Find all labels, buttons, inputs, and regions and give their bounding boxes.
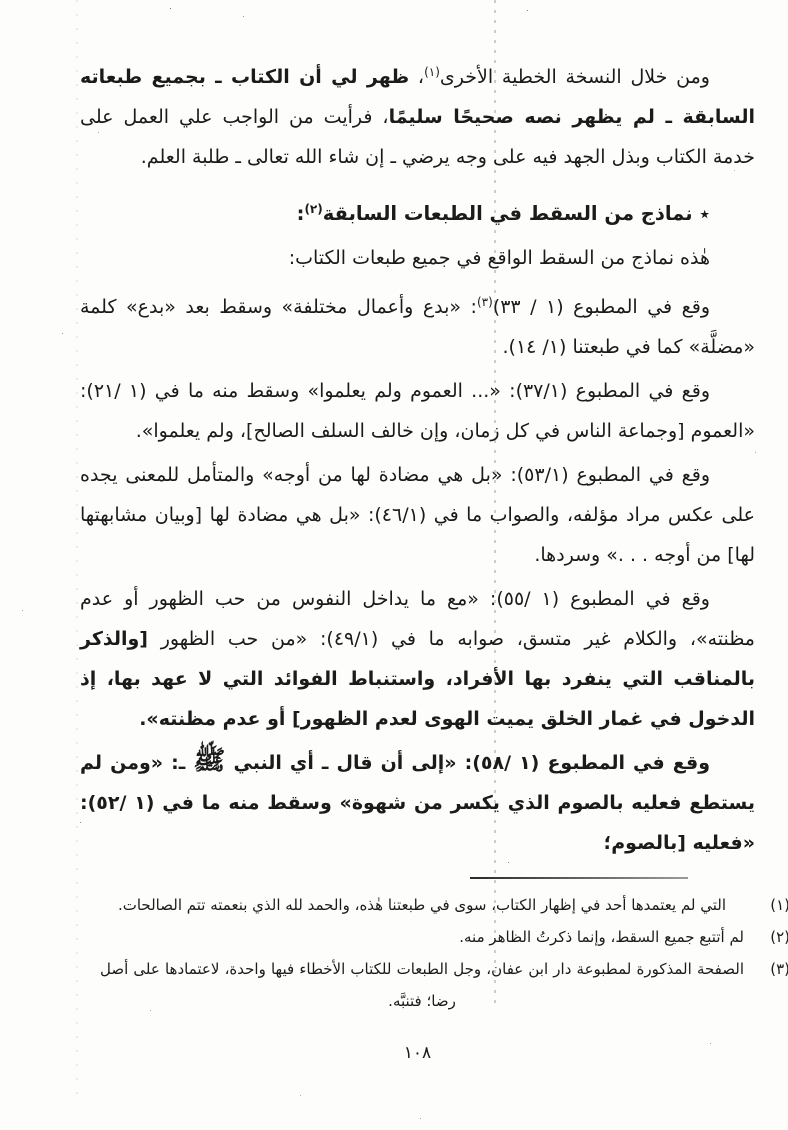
footnote-marker: (١)	[424, 65, 440, 79]
page-reference: (٣٣ / ١)	[493, 296, 564, 318]
footnote-2-number: (٢)	[754, 921, 788, 953]
footnote-3-text: الصفحة المذكورة لمطبوعة دار ابن عفان، وج…	[100, 953, 744, 1017]
paragraph-lead: هٰذه نماذج من السقط الواقع في جميع طبعات…	[80, 238, 755, 278]
page-reference: (٤٩/١)	[326, 628, 378, 650]
text-run: : «من حب الظهور	[148, 628, 326, 650]
page-reference: (٥٥/ ١)	[496, 588, 559, 610]
scanned-book-page: ومن خلال النسخة الخطية الأخرى(١)، ظهر لي…	[0, 0, 788, 1130]
example-paragraph-1: وقع في المطبوع (٣٣ / ١)(٣): «بدع وأعمال …	[80, 282, 755, 367]
page-reference: (١٤ /١)	[509, 336, 567, 358]
text-run: لم أتتبع جميع السقط، وإنما ذكرتُ الظاهر …	[459, 928, 744, 946]
example-paragraph-2: وقع في المطبوع (٣٧/١): «... العموم ولم ي…	[80, 371, 755, 451]
text-run: ،	[409, 66, 424, 88]
page-number: ١٠٨	[80, 1043, 755, 1063]
text-run: هٰذه نماذج من السقط الواقع في جميع طبعات…	[289, 247, 710, 269]
footnote-1-text: التي لم يعتمدها أحد في إظهار الكتاب، سوى…	[100, 889, 744, 921]
footnote-marker: (٣)	[477, 295, 493, 309]
text-run: وقع في المطبوع	[559, 588, 710, 610]
example-paragraph-3: وقع في المطبوع (٥٣/١): «بل هي مضادة لها …	[80, 455, 755, 575]
page-reference: (٥٢/ ١)	[88, 792, 155, 814]
footnote-2: (٢) لم أتتبع جميع السقط، وإنما ذكرتُ الظ…	[100, 921, 788, 953]
footnotes-section: (١) التي لم يعتمدها أحد في إظهار الكتاب،…	[80, 889, 788, 1017]
footnote-3: (٣) الصفحة المذكورة لمطبوعة دار ابن عفان…	[100, 953, 788, 1017]
footnote-3-number: (٣)	[754, 953, 788, 1017]
footnote-1: (١) التي لم يعتمدها أحد في إظهار الكتاب،…	[100, 889, 788, 921]
page-reference: (٥٣/١)	[517, 464, 569, 486]
text-run: ٭ نماذج من السقط في الطبعات السابقة	[323, 202, 710, 225]
footnote-2-text: لم أتتبع جميع السقط، وإنما ذكرتُ الظاهر …	[100, 921, 744, 953]
page-reference: (٢١/ ١)	[86, 380, 146, 402]
footnote-separator	[470, 877, 688, 879]
paragraph-intro: ومن خلال النسخة الخطية الأخرى(١)، ظهر لي…	[80, 52, 755, 177]
text-run: الصفحة المذكورة لمطبوعة دار ابن عفان، وج…	[100, 960, 744, 1010]
text-run: وقع في المطبوع	[569, 464, 710, 486]
page-reference: (٣٧/١)	[516, 380, 568, 402]
pbuh-ligature: ﷺ	[193, 745, 225, 776]
text-run: وقع في المطبوع	[564, 296, 710, 318]
example-paragraph-5: وقع في المطبوع (٥٨/ ١): «إلى أن قال ـ أي…	[80, 743, 755, 863]
text-run: وقع في المطبوع	[539, 752, 710, 774]
section-heading: ٭ نماذج من السقط في الطبعات السابقة(٢):	[80, 189, 755, 234]
footnote-marker: (٢)	[304, 202, 322, 216]
footnote-1-number: (١)	[754, 889, 788, 921]
text-run: التي لم يعتمدها أحد في إظهار الكتاب، سوى…	[118, 896, 726, 914]
example-paragraph-4: وقع في المطبوع (٥٥/ ١): «مع ما يداخل الن…	[80, 579, 755, 739]
text-run: وقع في المطبوع	[567, 380, 710, 402]
page-reference: (٤٦/١)	[374, 504, 426, 526]
text-run: : «... العموم ولم يعلموا» وسقط منه ما في	[147, 380, 516, 402]
page-body: ومن خلال النسخة الخطية الأخرى(١)، ظهر لي…	[0, 0, 788, 1063]
text-run: : «إلى أن قال ـ أي النبي	[225, 752, 472, 774]
text-run: ومن خلال النسخة الخطية الأخرى	[440, 66, 710, 88]
page-reference: (٥٨/ ١)	[472, 752, 539, 774]
